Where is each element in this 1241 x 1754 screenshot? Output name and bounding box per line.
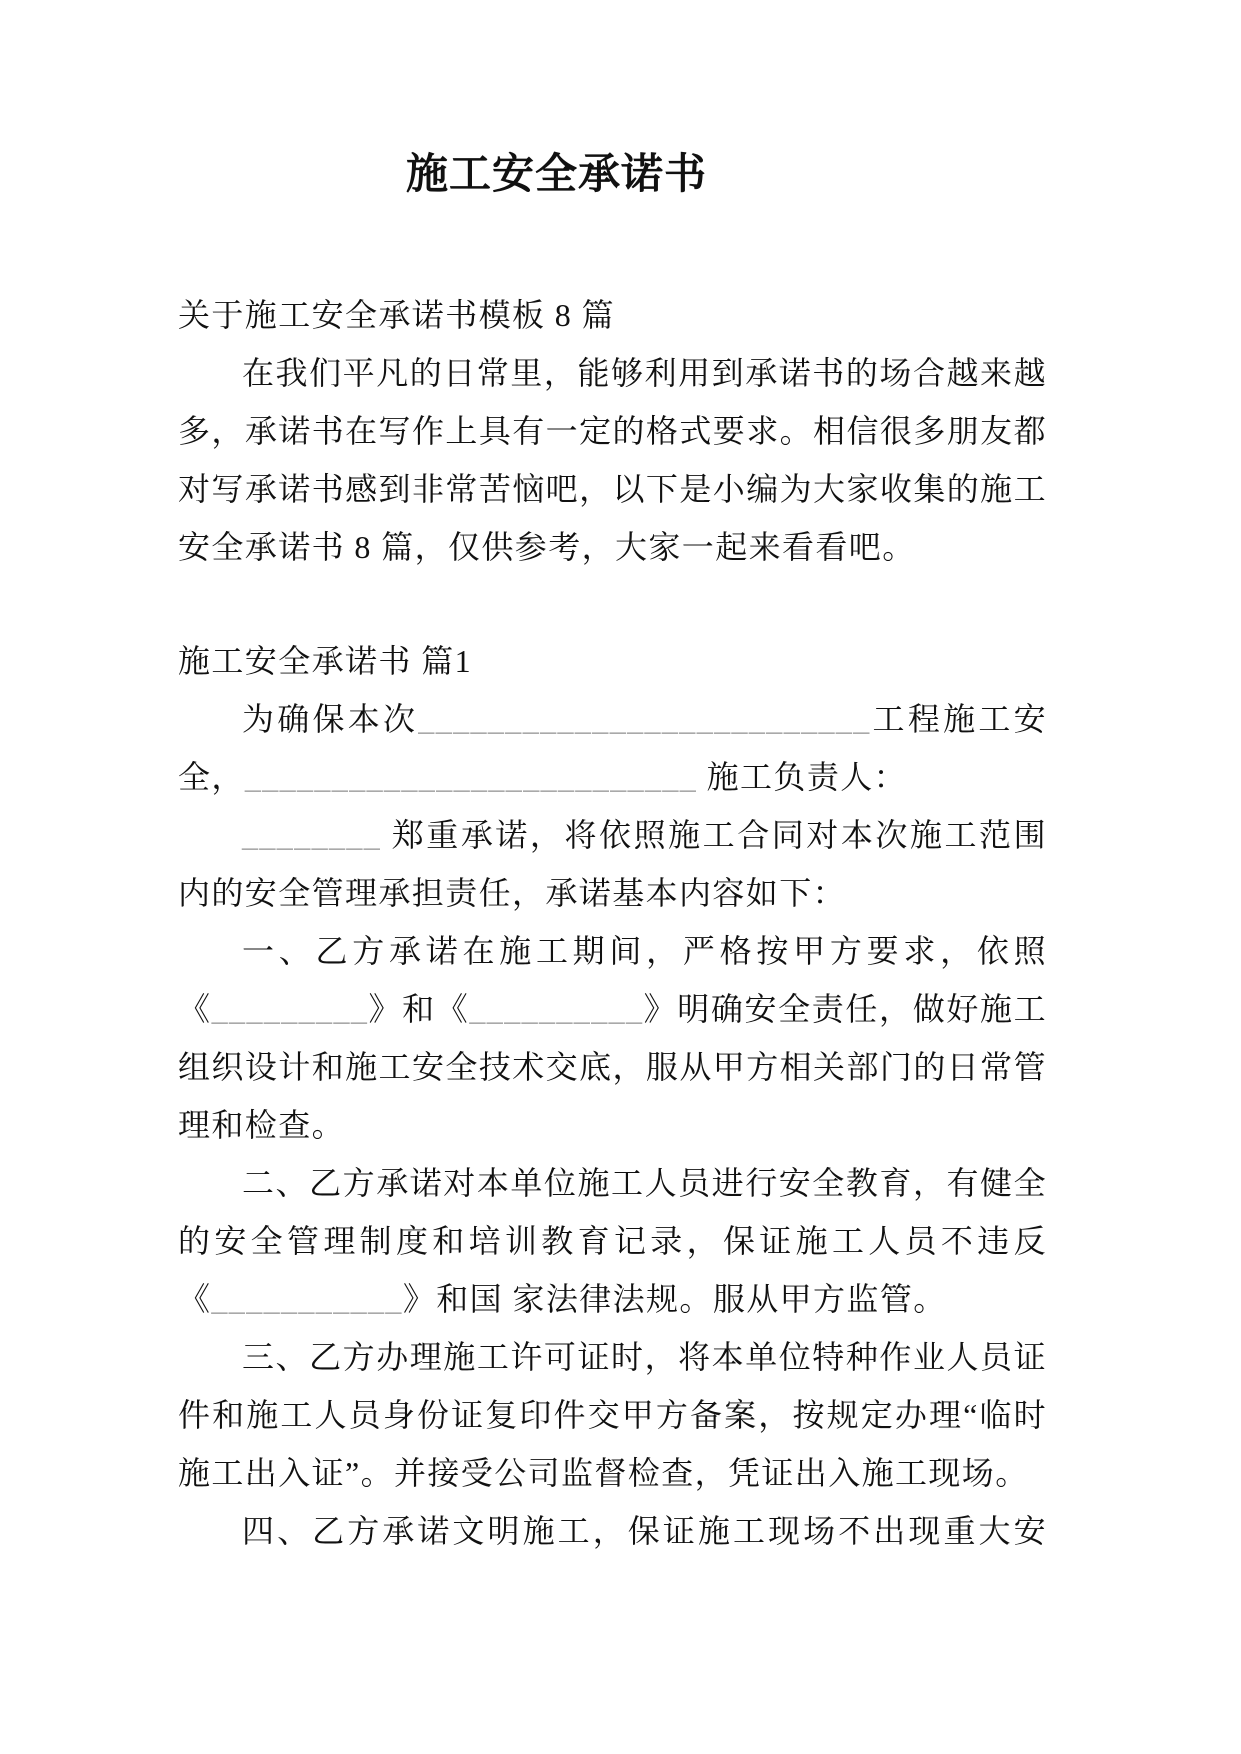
paragraph: 二、乙方承诺对本单位施工人员进行安全教育，有健全的安全管理制度和培训教育记录，保… (178, 1154, 1047, 1328)
text-run: 》和《 (368, 991, 469, 1027)
fill-in-blank[interactable]: __________ (469, 991, 643, 1027)
text-run: 为确保本次 (242, 701, 418, 737)
text-run: 四、乙方承诺文明施工，保证施工现场不出现重大安 (242, 1513, 1047, 1549)
document-page: 施工安全承诺书 关于施工安全承诺书模板 8 篇 在我们平凡的日常里，能够利用到承… (0, 0, 1241, 1754)
fill-in-blank[interactable]: _________ (212, 991, 369, 1027)
fill-in-blank[interactable]: ___________ (211, 1281, 402, 1317)
paragraph: 四、乙方承诺文明施工，保证施工现场不出现重大安 (178, 1502, 1047, 1560)
fill-in-blank[interactable]: __________________________ (418, 701, 870, 737)
fill-in-blank[interactable]: __________________________ (245, 759, 697, 795)
text-run: 施工负责人： (697, 759, 907, 795)
document-title: 施工安全承诺书 (178, 140, 1047, 210)
paragraph: ________ 郑重承诺，将依照施工合同对本次施工范围内的安全管理承担责任，承… (178, 806, 1047, 922)
paragraph: 三、乙方办理施工许可证时，将本单位特种作业人员证件和施工人员身份证复印件交甲方备… (178, 1328, 1047, 1502)
fill-in-blank[interactable]: ________ (242, 817, 381, 853)
section-heading: 施工安全承诺书 篇1 (178, 632, 1047, 690)
paragraph: 为确保本次__________________________工程施工安全，__… (178, 690, 1047, 806)
text-run: 三、乙方办理施工许可证时，将本单位特种作业人员证件和施工人员身份证复印件交甲方备… (178, 1339, 1047, 1491)
intro-paragraph: 在我们平凡的日常里，能够利用到承诺书的场合越来越多，承诺书在写作上具有一定的格式… (178, 344, 1047, 576)
text-run: 》和国 家法律法规。服从甲方监管。 (403, 1281, 947, 1317)
paragraph: 一、乙方承诺在施工期间，严格按甲方要求，依照《_________》和《_____… (178, 922, 1047, 1154)
document-body: 为确保本次__________________________工程施工安全，__… (178, 690, 1047, 1560)
intro-heading: 关于施工安全承诺书模板 8 篇 (178, 286, 1047, 344)
